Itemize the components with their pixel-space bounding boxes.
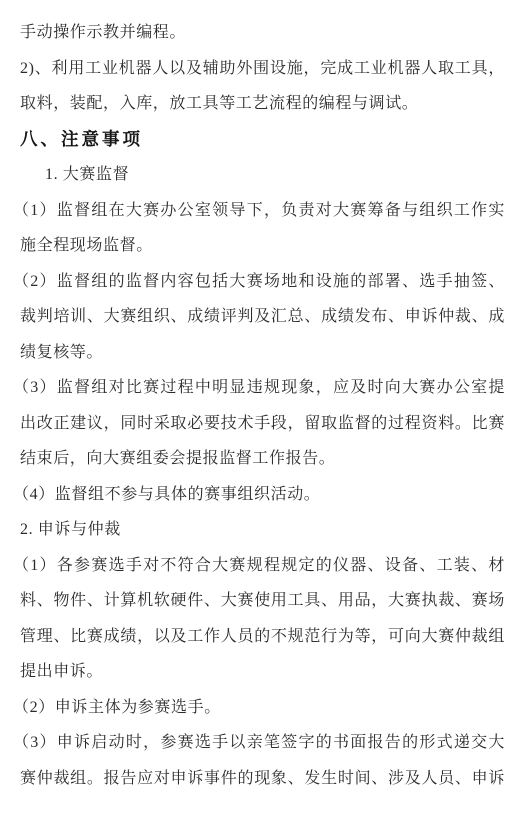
subsection-heading: 1. 大赛监督: [20, 157, 505, 193]
paragraph-line: （2）监督组的监督内容包括大赛场地和设施的部署、选手抽签、: [13, 264, 505, 300]
paragraph-line: 结束后，向大赛组委会提报监督工作报告。: [20, 441, 505, 477]
paragraph-line: 取料，装配，入库，放工具等工艺流程的编程与调试。: [20, 86, 505, 122]
paragraph-line: （4）监督组不参与具体的赛事组织活动。: [13, 477, 505, 513]
paragraph-line: 手动操作示教并编程。: [20, 15, 505, 51]
paragraph-line: （1）监督组在大赛办公室领导下，负责对大赛筹备与组织工作实: [13, 193, 505, 229]
section-heading: 八、注意事项: [20, 122, 505, 158]
paragraph-line: 绩复核等。: [20, 335, 505, 371]
paragraph-line: （3）监督组对比赛过程中明显违规现象，应及时向大赛办公室提: [13, 370, 505, 406]
paragraph-line: 2)、利用工业机器人以及辅助外围设施，完成工业机器人取工具，: [20, 51, 505, 87]
paragraph-line: 出改正建议，同时采取必要技术手段，留取监督的过程资料。比赛: [20, 406, 505, 442]
paragraph-line: 管理、比赛成绩，以及工作人员的不规范行为等，可向大赛仲裁组: [20, 619, 505, 655]
paragraph-line: 施全程现场监督。: [20, 228, 505, 264]
paragraph-line: （1）各参赛选手对不符合大赛规程规定的仪器、设备、工装、材: [13, 548, 505, 584]
subsection-heading: 2. 申诉与仲裁: [20, 512, 505, 548]
paragraph-line: 赛仲裁组。报告应对申诉事件的现象、发生时间、涉及人员、申诉: [20, 761, 505, 797]
paragraph-line: 料、物件、计算机软硬件、大赛使用工具、用品，大赛执裁、赛场: [20, 583, 505, 619]
paragraph-line: （2）申诉主体为参赛选手。: [13, 690, 505, 726]
paragraph-line: （3）申诉启动时，参赛选手以亲笔签字的书面报告的形式递交大: [13, 725, 505, 761]
paragraph-line: 裁判培训、大赛组织、成绩评判及汇总、成绩发布、申诉仲裁、成: [20, 299, 505, 335]
paragraph-line: 提出申诉。: [20, 654, 505, 690]
document-page: 手动操作示教并编程。 2)、利用工业机器人以及辅助外围设施，完成工业机器人取工具…: [0, 0, 524, 822]
